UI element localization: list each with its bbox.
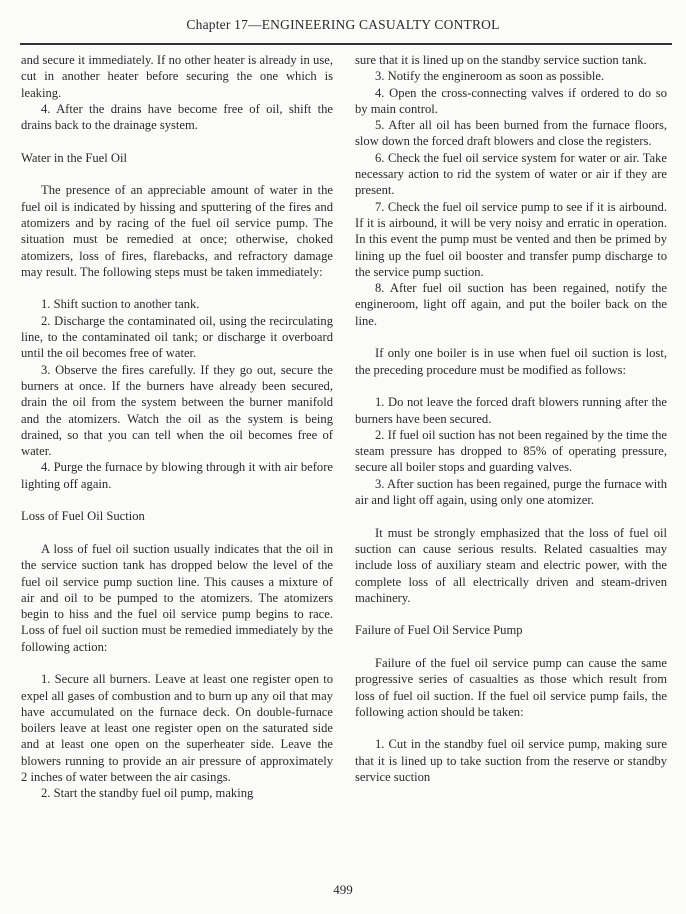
paragraph-pump-intro: Failure of the fuel oil service pump can… bbox=[355, 655, 667, 720]
single-boiler-step-1: 1. Do not leave the forced draft blowers… bbox=[355, 394, 667, 427]
paragraph-emphasis: It must be strongly emphasized that the … bbox=[355, 525, 667, 606]
header-rule bbox=[20, 43, 672, 45]
left-column: and secure it immediately. If no other h… bbox=[21, 52, 333, 802]
step-drains: 4. After the drains have become free of … bbox=[21, 101, 333, 134]
running-header: Chapter 17—ENGINEERING CASUALTY CONTROL bbox=[0, 17, 686, 33]
single-boiler-step-2: 2. If fuel oil suction has not been rega… bbox=[355, 427, 667, 476]
water-step-2: 2. Discharge the contaminated oil, using… bbox=[21, 313, 333, 362]
right-column: sure that it is lined up on the standby … bbox=[355, 52, 667, 785]
suction-step-5: 5. After all oil has been burned from th… bbox=[355, 117, 667, 150]
page-number: 499 bbox=[0, 882, 686, 898]
suction-step-4: 4. Open the cross-connecting valves if o… bbox=[355, 85, 667, 118]
water-step-4: 4. Purge the furnace by blowing through … bbox=[21, 459, 333, 492]
paragraph-continuation: and secure it immediately. If no other h… bbox=[21, 52, 333, 101]
paragraph-suction-intro: A loss of fuel oil suction usually indic… bbox=[21, 541, 333, 655]
suction-step-2: 2. Start the standby fuel oil pump, maki… bbox=[21, 785, 333, 801]
paragraph-water-intro: The presence of an appreciable amount of… bbox=[21, 182, 333, 280]
paragraph-single-boiler-intro: If only one boiler is in use when fuel o… bbox=[355, 345, 667, 378]
water-step-3: 3. Observe the fires carefully. If they … bbox=[21, 362, 333, 460]
suction-step-7: 7. Check the fuel oil service pump to se… bbox=[355, 199, 667, 280]
suction-step-1: 1. Secure all burners. Leave at least on… bbox=[21, 671, 333, 785]
single-boiler-step-3: 3. After suction has been regained, purg… bbox=[355, 476, 667, 509]
section-heading-water-in-fuel-oil: Water in the Fuel Oil bbox=[21, 150, 333, 166]
suction-step-3: 3. Notify the engineroom as soon as poss… bbox=[355, 68, 667, 84]
water-step-1: 1. Shift suction to another tank. bbox=[21, 296, 333, 312]
pump-step-1: 1. Cut in the standby fuel oil service p… bbox=[355, 736, 667, 785]
suction-step-8: 8. After fuel oil suction has been regai… bbox=[355, 280, 667, 329]
suction-step-6: 6. Check the fuel oil service system for… bbox=[355, 150, 667, 199]
section-heading-pump-failure: Failure of Fuel Oil Service Pump bbox=[355, 622, 667, 638]
section-heading-loss-of-suction: Loss of Fuel Oil Suction bbox=[21, 508, 333, 524]
paragraph-continuation: sure that it is lined up on the standby … bbox=[355, 52, 667, 68]
